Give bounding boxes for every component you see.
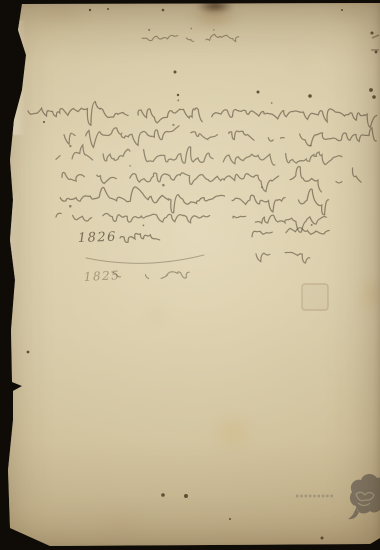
manuscript-svg: 1826 1825: [0, 0, 380, 550]
diacritic-dot: [177, 99, 179, 101]
body-line-2: [64, 126, 376, 148]
speck: [184, 494, 188, 498]
speck: [174, 71, 177, 74]
archive-watermark: [296, 474, 380, 519]
body-line-3: [56, 145, 342, 165]
archival-note-word: [112, 272, 189, 279]
diacritic-dot: [143, 225, 145, 227]
body-line-4: [62, 167, 361, 192]
diacritic-dot: [148, 29, 150, 31]
diacritic-dot: [261, 186, 263, 188]
diacritic-dot: [69, 205, 72, 208]
diacritic-dot: [172, 124, 174, 126]
speck: [375, 51, 378, 54]
diacritic-dot: [162, 184, 165, 187]
speck: [27, 351, 30, 354]
speck: [43, 121, 45, 123]
speck: [89, 9, 91, 11]
margin-mark: [371, 35, 379, 50]
signature-line-2: [256, 252, 310, 263]
diacritic-dot: [129, 165, 131, 167]
speck: [162, 9, 165, 12]
diacritic-dot: [271, 102, 273, 104]
archival-year-text: 1825: [83, 268, 120, 284]
watermark-eagle-emblem: [348, 474, 380, 519]
diacritic-dot: [310, 145, 312, 147]
header-word: [142, 34, 239, 41]
speck: [177, 94, 179, 96]
diacritic-dot: [213, 29, 215, 31]
signature-line-1: [252, 228, 329, 237]
speck: [341, 9, 343, 11]
speck: [321, 537, 324, 540]
date-year-text: 1826: [78, 230, 118, 246]
body-line-1: [28, 102, 377, 128]
body-line-5: [60, 187, 328, 215]
speck: [257, 91, 260, 94]
speck: [229, 518, 231, 520]
faded-ink-stamp: [302, 284, 328, 310]
date-month-word: [120, 233, 175, 243]
speck: [372, 95, 376, 99]
diacritic-dot: [190, 28, 192, 30]
document-scan: 1826 1825: [0, 0, 380, 550]
speck: [161, 493, 165, 497]
underline-flourish: [86, 255, 204, 263]
paper-sheet: 1826 1825: [0, 0, 380, 550]
speck: [308, 94, 312, 98]
speck: [107, 8, 109, 10]
speck: [371, 32, 374, 35]
speck: [369, 88, 373, 92]
foxing-specks: [27, 8, 378, 540]
diacritic-dot: [69, 145, 71, 147]
diacritic-dot: [311, 224, 313, 226]
